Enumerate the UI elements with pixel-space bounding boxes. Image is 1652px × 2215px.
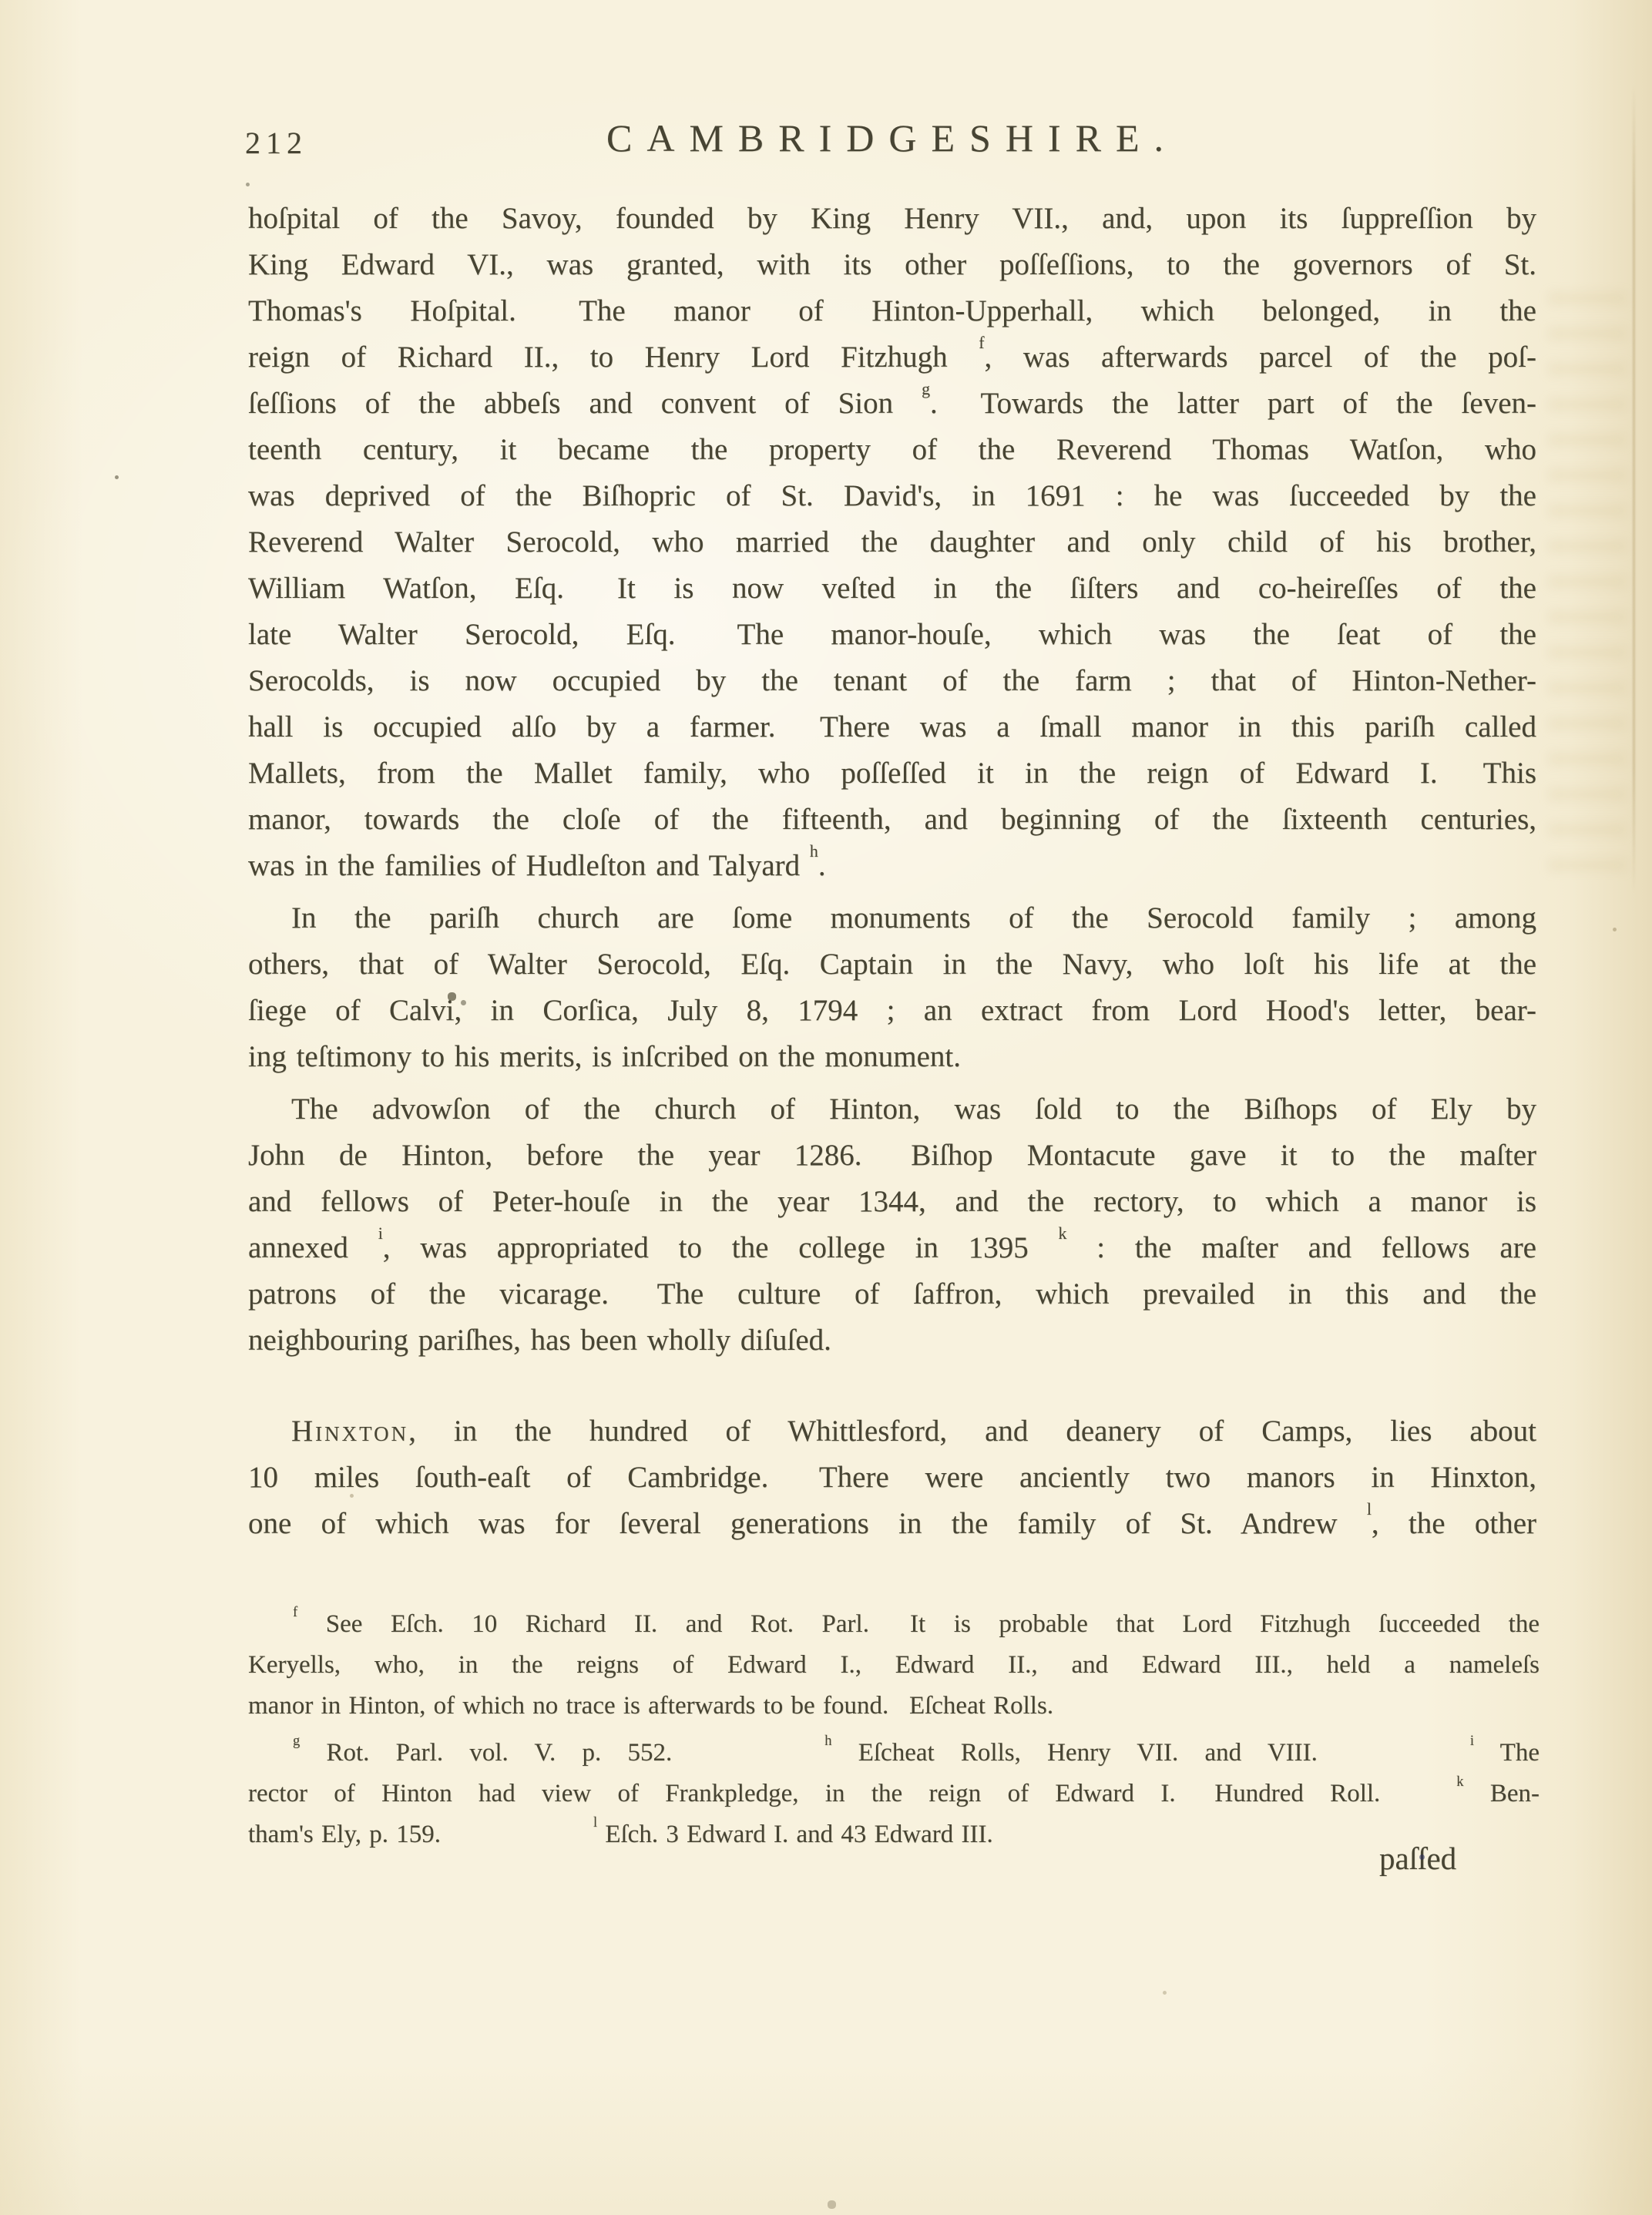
footnote-marker: g <box>293 1733 300 1748</box>
small-caps-word: Hinxton <box>291 1415 408 1448</box>
ink-bleed-through <box>1549 285 1626 871</box>
text-line: others, that of Walter Serocold, Eſq. Ca… <box>248 941 1536 988</box>
text-line: manor, towards the cloſe of the fifteent… <box>248 797 1536 843</box>
running-title: CAMBRIDGESHIRE. <box>248 116 1536 160</box>
text-line: Reverend Walter Serocold, who married th… <box>248 519 1536 565</box>
footnote-marker: h <box>810 842 818 861</box>
text-line: reign of Richard II., to Henry Lord Fitz… <box>248 334 1536 381</box>
text-line: patrons of the vicarage. The culture of … <box>248 1271 1536 1317</box>
text-line: was in the families of Hudleſton and Tal… <box>248 843 1536 889</box>
text-line: The advowſon of the church of Hinton, wa… <box>248 1086 1536 1133</box>
footnote-marker: i <box>378 1224 383 1243</box>
text-line: In the pariſh church are ſome monuments … <box>248 895 1536 941</box>
footnote-marker: h <box>824 1733 831 1748</box>
catchword: paſſed <box>1379 1840 1456 1877</box>
text-line: Serocolds, is now occupied by the tenant… <box>248 658 1536 704</box>
page-edge-shadow <box>1633 85 1635 894</box>
text-line: was deprived of the Biſhopric of St. Dav… <box>248 473 1536 519</box>
footnote: g Rot. Parl. vol. V. p. 552. h Eſcheat R… <box>248 1733 1540 1855</box>
text-line: g Rot. Parl. vol. V. p. 552. h Eſcheat R… <box>248 1733 1540 1774</box>
footnote-marker: g <box>922 380 930 398</box>
footnote-marker: f <box>979 334 984 352</box>
body-paragraph: Hinxton, in the hundred of Whittlesford,… <box>248 1408 1536 1547</box>
text-line: Mallets, from the Mallet family, who poſ… <box>248 750 1536 797</box>
text-line: f See Eſch. 10 Richard II. and Rot. Parl… <box>248 1604 1540 1645</box>
text-line: Keryells, who, in the reigns of Edward I… <box>248 1645 1540 1686</box>
book-page: 212 CAMBRIDGESHIRE. hoſpital of the Savo… <box>0 0 1652 2215</box>
paper-specks <box>0 0 2 2</box>
text-line: hoſpital of the Savoy, founded by King H… <box>248 196 1536 242</box>
footnote-marker: l <box>1367 1500 1372 1519</box>
text-line: annexed i, was appropriated to the colle… <box>248 1225 1536 1271</box>
footnote-marker: k <box>1059 1224 1067 1243</box>
body-paragraph: hoſpital of the Savoy, founded by King H… <box>248 196 1536 889</box>
text-line: 10 miles ſouth-eaſt of Cambridge. There … <box>248 1455 1536 1501</box>
text-line: and fellows of Peter-houſe in the year 1… <box>248 1179 1536 1225</box>
text-line: Thomas's Hoſpital. The manor of Hinton-U… <box>248 288 1536 334</box>
footnote-marker: i <box>1470 1733 1474 1748</box>
text-line: ſeſſions of the abbeſs and convent of Si… <box>248 381 1536 427</box>
footnote-marker: k <box>1456 1774 1463 1789</box>
text-line: rector of Hinton had view of Frankpledge… <box>248 1774 1540 1814</box>
text-line: teenth century, it became the property o… <box>248 427 1536 473</box>
text-line: ing teſtimony to his merits, is inſcribe… <box>248 1034 1536 1080</box>
text-line: hall is occupied alſo by a farmer. There… <box>248 704 1536 750</box>
text-line: William Watſon, Eſq. It is now veſted in… <box>248 565 1536 612</box>
text-line: tham's Ely, p. 159. l Eſch. 3 Edward I. … <box>248 1814 1540 1855</box>
footnote: f See Eſch. 10 Richard II. and Rot. Parl… <box>248 1604 1540 1727</box>
text-line: John de Hinton, before the year 1286. Bi… <box>248 1133 1536 1179</box>
text-line: late Walter Serocold, Eſq. The manor-hou… <box>248 612 1536 658</box>
text-line: King Edward VI., was granted, with its o… <box>248 242 1536 288</box>
footnotes: f See Eſch. 10 Richard II. and Rot. Parl… <box>248 1604 1540 1855</box>
text-line: neighbouring pariſhes, has been wholly d… <box>248 1317 1536 1364</box>
text-line: manor in Hinton, of which no trace is af… <box>248 1686 1540 1727</box>
body-paragraph: The advowſon of the church of Hinton, wa… <box>248 1086 1536 1364</box>
body-paragraph: In the pariſh church are ſome monuments … <box>248 895 1536 1080</box>
text-line: one of which was for ſeveral generations… <box>248 1501 1536 1547</box>
footnote-marker: f <box>293 1604 297 1619</box>
text-line: ſiege of Calvi, in Corſica, July 8, 1794… <box>248 988 1536 1034</box>
body-text: hoſpital of the Savoy, founded by King H… <box>248 196 1536 1547</box>
footnote-marker: l <box>593 1814 597 1830</box>
text-line: Hinxton, in the hundred of Whittlesford,… <box>248 1408 1536 1455</box>
